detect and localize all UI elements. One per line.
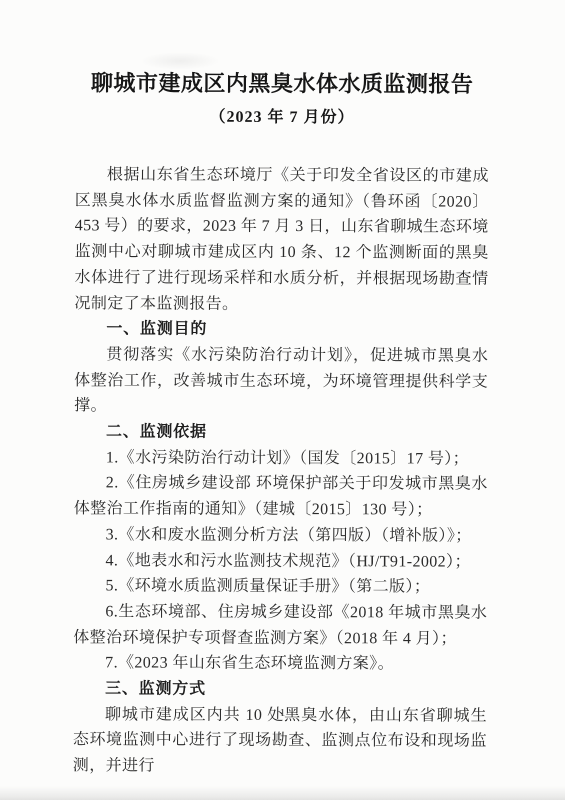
- document-title: 聊城市建成区内黑臭水体水质监测报告: [0, 69, 565, 99]
- paragraph: 6.生态环境部、住房城乡建设部《2018 年城市黑臭水体整治环境保护专项督查监测…: [73, 599, 487, 652]
- paragraph: 1.《水污染防治行动计划》（国发〔2015〕17 号）；: [74, 445, 488, 472]
- paragraph: 3.《水和废水监测分析方法（第四版）（增补版）》；: [74, 522, 488, 549]
- scan-shadow: [0, 786, 565, 800]
- paragraph: 5.《环境水质监测质量保证手册》（第二版）；: [73, 574, 487, 601]
- page-number: 1: [0, 707, 565, 719]
- section-heading: 二、监测依据: [74, 419, 488, 446]
- section-heading: 三、监测方式: [73, 676, 487, 703]
- paragraph: 4.《地表水和污水监测技术规范》（HJ/T91-2002）；: [73, 548, 487, 575]
- paragraph: 贯彻落实《水污染防治行动计划》，促进城市黑臭水体整治工作，改善城市生态环境，为环…: [74, 342, 488, 421]
- paragraph: 根据山东省生态环境厅《关于印发全省设区的市建成区黑臭水体水质监督监测方案的通知》…: [74, 162, 489, 318]
- report-document: 聊城市建成区内黑臭水体水质监测报告 （2023 年 7 月份） 根据山东省生态环…: [0, 0, 565, 781]
- paragraph: 7.《2023 年山东省生态环境监测方案》。: [73, 651, 487, 678]
- document-page: 聊城市建成区内黑臭水体水质监测报告 （2023 年 7 月份） 根据山东省生态环…: [0, 0, 565, 800]
- section-heading: 一、监测目的: [74, 316, 488, 343]
- document-body: 根据山东省生态环境厅《关于印发全省设区的市建成区黑臭水体水质监督监测方案的通知》…: [73, 162, 489, 780]
- paragraph: 2.《住房城乡建设部 环境保护部关于印发城市黑臭水体整治工作指南的通知》（建城〔…: [74, 471, 488, 524]
- document-subtitle: （2023 年 7 月份）: [0, 107, 565, 129]
